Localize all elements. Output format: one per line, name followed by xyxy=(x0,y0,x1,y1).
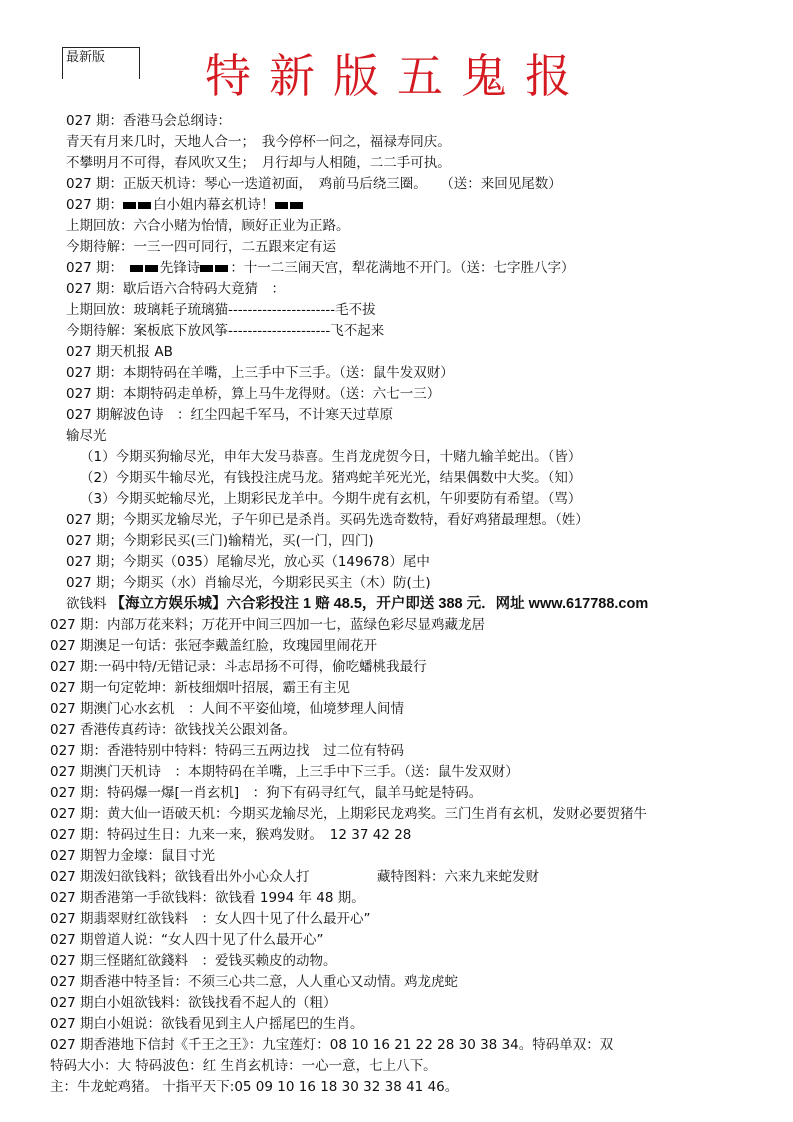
line-text: 027 期三怪賭紅欲錢料 ：爱钱买赖皮的动物。 xyxy=(50,953,337,969)
line-text: 027 期香港第一手欲钱料：欲钱看 1994 年 48 期。 xyxy=(50,890,365,906)
line-text: 027 期澳门天机诗 ：本期特码在羊嘴，上三手中下三手。（送：鼠牛发双财） xyxy=(50,764,519,780)
line-text: 不攀明月不可得，春风吹又生； 月行却与人相随，二二手可执。 xyxy=(66,155,451,171)
text-line: 027 期:一码中特/无错记录：斗志昂扬不可得，偷吃蟠桃我最行 xyxy=(50,658,427,676)
line-text: 027 期:一码中特/无错记录：斗志昂扬不可得，偷吃蟠桃我最行 xyxy=(50,659,427,675)
line-text: 027 期香港地下信封《千王之王》：九宝莲灯：08 10 16 21 22 28… xyxy=(50,1037,613,1053)
line-text: 027 期澳足一句话：张冠李戴盖红脸，玫瑰园里闹花开 xyxy=(50,638,377,654)
text-line: 027 期智力金壕：鼠目寸光 xyxy=(50,847,215,865)
line-text: 027 期：特码爆一爆[一肖玄机] ：狗下有码寻红气，鼠羊马蛇是特码。 xyxy=(50,785,482,801)
text-line: 027 期：香港马会总纲诗： xyxy=(66,112,231,130)
text-line: 不攀明月不可得，春风吹又生； 月行却与人相随，二二手可执。 xyxy=(66,154,451,172)
text-line: 输尽光 xyxy=(66,427,107,445)
text-line: 027 期：香港特别中特料：特码三五两边找 过二位有特码 xyxy=(50,742,404,760)
text-line: 027 期香港第一手欲钱料：欲钱看 1994 年 48 期。 xyxy=(50,889,365,907)
line-text: 027 期翡翠财红欲钱料 ：女人四十见了什么最开心” xyxy=(50,911,371,927)
line-text: 输尽光 xyxy=(66,428,107,444)
line-text: 027 期；今期买（035）尾输尽光，放心买（149678）尾中 xyxy=(66,554,430,570)
line-text: 027 期： xyxy=(66,260,130,276)
line-text: 027 期曾道人说：“女人四十见了什么最开心” xyxy=(50,932,324,948)
text-line: 027 期；今期彩民买(三门)输精光，买(一门，四门) xyxy=(66,532,374,550)
line-text: 先锋诗 xyxy=(160,260,201,276)
double-bar-icon xyxy=(123,196,153,214)
text-line: （2）今期买牛输尽光，有钱投注虎马龙。猪鸡蛇羊死光光，结果偶数中大奖。（知） xyxy=(80,469,581,487)
text-line: 027 期一句定乾坤：新枝细烟叶招展，霸王有主见 xyxy=(50,679,350,697)
version-label: 最新版 xyxy=(66,50,105,65)
text-line: 上期回放：玻璃耗子琉璃猫----------------------毛不拔 xyxy=(66,301,376,319)
line-text: 青天有月来几时，天地人合一； 我今停杯一问之，福禄寿同庆。 xyxy=(66,134,451,150)
line-text: 027 期一句定乾坤：新枝细烟叶招展，霸王有主见 xyxy=(50,680,350,696)
text-line: 今期待解：一三一四可同行，二五跟来定有运 xyxy=(66,238,336,256)
line-text: 027 期解波色诗 ：红尘四起千军马，不计寒天过草原 xyxy=(66,407,393,423)
line-text: 027 期：香港特别中特料：特码三五两边找 过二位有特码 xyxy=(50,743,404,759)
line-text: 今期待解：案板底下放风筝---------------------飞不起来 xyxy=(66,323,384,339)
text-line: 027 期：本期特码走单桥，算上马牛龙得财。（送：六七一三） xyxy=(66,385,440,403)
line-text: （1）今期买狗输尽光，申年大发马恭喜。生肖龙虎贺今日，十赌九输羊蛇出。（皆） xyxy=(80,449,581,465)
line-text: 027 香港传真药诗：欲钱找关公跟刘备。 xyxy=(50,722,296,738)
text-line: 主：牛龙蛇鸡猪。 十指平天下:05 09 10 16 18 30 32 38 4… xyxy=(50,1078,458,1096)
text-line: 027 香港传真药诗：欲钱找关公跟刘备。 xyxy=(50,721,296,739)
text-line: 027 期：特码爆一爆[一肖玄机] ：狗下有码寻红气，鼠羊马蛇是特码。 xyxy=(50,784,482,802)
double-bar-icon xyxy=(200,259,230,277)
text-line: （3）今期买蛇输尽光，上期彩民龙羊中。今期牛虎有玄机，午卯要防有希望。（骂） xyxy=(80,490,581,508)
promo-text: 【海立方娱乐城】六合彩投注 1 赔 48.5，开户即送 388 元．网址 www… xyxy=(107,596,649,612)
text-line: 027 期泼妇欲钱料；欲钱看出外小心众人打 藏特图料：六来九来蛇发财 xyxy=(50,868,539,886)
text-line: 027 期白小姐欲钱料：欲钱找看不起人的（粗） xyxy=(50,994,337,1012)
text-line: 027 期：黄大仙一语破天机：今期买龙输尽光，上期彩民龙鸡奖。三门生肖有玄机，发… xyxy=(50,805,647,823)
double-bar-icon xyxy=(130,259,160,277)
text-line: 027 期；今期买龙输尽光，子午卯已是杀肖。买码先选奇数特，看好鸡猪最理想。（姓… xyxy=(66,511,589,529)
line-text: 上期回放：六合小赌为怡情，顾好正业为正路。 xyxy=(66,218,350,234)
line-text: 027 期智力金壕：鼠目寸光 xyxy=(50,848,215,864)
text-line: 027 期解波色诗 ：红尘四起千军马，不计寒天过草原 xyxy=(66,406,393,424)
text-line: 027 期曾道人说：“女人四十见了什么最开心” xyxy=(50,931,324,949)
line-text: 027 期香港中特圣旨：不须三心共二意，人人重心又动情。鸡龙虎蛇 xyxy=(50,974,458,990)
text-line: 027 期；今期买（水）肖输尽光，今期彩民买主（木）防(土) xyxy=(66,574,431,592)
line-text: 027 期；今期彩民买(三门)输精光，买(一门，四门) xyxy=(66,533,374,549)
line-text: 027 期；今期买龙输尽光，子午卯已是杀肖。买码先选奇数特，看好鸡猪最理想。（姓… xyxy=(66,512,589,528)
line-text: 欲钱料 xyxy=(66,596,107,612)
text-line: 欲钱料 【海立方娱乐城】六合彩投注 1 赔 48.5，开户即送 388 元．网址… xyxy=(66,595,648,613)
line-text: 027 期： xyxy=(66,197,123,213)
text-line: 027 期：歇后语六合特码大竟猜 ： xyxy=(66,280,285,298)
line-text: 027 期：本期特码走单桥，算上马牛龙得财。（送：六七一三） xyxy=(66,386,440,402)
text-line: 027 期：特码过生日：九来一来，猴鸡发财。 12 37 42 28 xyxy=(50,826,411,844)
line-text: 027 期：本期特码在羊嘴，上三手中下三手。（送：鼠牛发双财） xyxy=(66,365,454,381)
text-line: 027 期澳门心水玄机 ：人间不平姿仙境，仙境梦理人间情 xyxy=(50,700,404,718)
line-text: 上期回放：玻璃耗子琉璃猫----------------------毛不拔 xyxy=(66,302,376,318)
text-line: 027 期天机报 AB xyxy=(66,343,173,361)
line-text: 027 期：内部万花来料；万花开中间三四加一七，蓝绿色彩尽显鸡藏龙居 xyxy=(50,617,485,633)
line-text: 027 期白小姐欲钱料：欲钱找看不起人的（粗） xyxy=(50,995,337,1011)
text-line: 上期回放：六合小赌为怡情，顾好正业为正路。 xyxy=(66,217,350,235)
line-text: 027 期：正版天机诗：琴心一迭道初面， 鸡前马后绕三圈。 （送：来回见尾数） xyxy=(66,176,562,192)
text-line: 027 期澳门天机诗 ：本期特码在羊嘴，上三手中下三手。（送：鼠牛发双财） xyxy=(50,763,519,781)
text-line: 027 期澳足一句话：张冠李戴盖红脸，玫瑰园里闹花开 xyxy=(50,637,377,655)
line-text: ：十一二三闹天宫，犁花满地不开门。（送：七字胜八字） xyxy=(230,260,574,276)
text-line: 027 期：正版天机诗：琴心一迭道初面， 鸡前马后绕三圈。 （送：来回见尾数） xyxy=(66,175,562,193)
line-text: （3）今期买蛇输尽光，上期彩民龙羊中。今期牛虎有玄机，午卯要防有希望。（骂） xyxy=(80,491,581,507)
text-line: 027 期；今期买（035）尾输尽光，放心买（149678）尾中 xyxy=(66,553,430,571)
page-title: 特新版五鬼报 xyxy=(205,48,589,104)
text-line: 027 期：白小姐内幕玄机诗！ xyxy=(66,196,305,214)
text-line: 027 期： 先锋诗：十一二三闹天宫，犁花满地不开门。（送：七字胜八字） xyxy=(66,259,575,277)
line-text: 027 期；今期买（水）肖输尽光，今期彩民买主（木）防(土) xyxy=(66,575,431,591)
line-text: 027 期：香港马会总纲诗： xyxy=(66,113,231,129)
text-line: 027 期三怪賭紅欲錢料 ：爱钱买赖皮的动物。 xyxy=(50,952,337,970)
text-line: 027 期白小姐说：欲钱看见到主人户摇尾巴的生肖。 xyxy=(50,1015,364,1033)
line-text: 027 期天机报 AB xyxy=(66,344,173,360)
text-line: 特码大小：大 特码波色：红 生肖玄机诗：一心一意，七上八下。 xyxy=(50,1057,437,1075)
line-text: 027 期：歇后语六合特码大竟猜 ： xyxy=(66,281,285,297)
line-text: 027 期：黄大仙一语破天机：今期买龙输尽光，上期彩民龙鸡奖。三门生肖有玄机，发… xyxy=(50,806,647,822)
version-label-box: 最新版 xyxy=(62,47,140,79)
line-text: 027 期澳门心水玄机 ：人间不平姿仙境，仙境梦理人间情 xyxy=(50,701,404,717)
text-line: （1）今期买狗输尽光，申年大发马恭喜。生肖龙虎贺今日，十赌九输羊蛇出。（皆） xyxy=(80,448,581,466)
text-line: 027 期香港地下信封《千王之王》：九宝莲灯：08 10 16 21 22 28… xyxy=(50,1036,613,1054)
line-text: 特码大小：大 特码波色：红 生肖玄机诗：一心一意，七上八下。 xyxy=(50,1058,437,1074)
text-line: 027 期：本期特码在羊嘴，上三手中下三手。（送：鼠牛发双财） xyxy=(66,364,454,382)
line-text: 今期待解：一三一四可同行，二五跟来定有运 xyxy=(66,239,336,255)
line-text: 主：牛龙蛇鸡猪。 十指平天下:05 09 10 16 18 30 32 38 4… xyxy=(50,1079,458,1095)
text-line: 027 期：内部万花来料；万花开中间三四加一七，蓝绿色彩尽显鸡藏龙居 xyxy=(50,616,485,634)
line-text: 白小姐内幕玄机诗！ xyxy=(153,197,275,213)
line-text: 027 期泼妇欲钱料；欲钱看出外小心众人打 藏特图料：六来九来蛇发财 xyxy=(50,869,539,885)
line-text: （2）今期买牛输尽光，有钱投注虎马龙。猪鸡蛇羊死光光，结果偶数中大奖。（知） xyxy=(80,470,581,486)
text-line: 青天有月来几时，天地人合一； 我今停杯一问之，福禄寿同庆。 xyxy=(66,133,451,151)
text-line: 今期待解：案板底下放风筝---------------------飞不起来 xyxy=(66,322,384,340)
text-line: 027 期香港中特圣旨：不须三心共二意，人人重心又动情。鸡龙虎蛇 xyxy=(50,973,458,991)
double-bar-icon xyxy=(275,196,305,214)
line-text: 027 期：特码过生日：九来一来，猴鸡发财。 12 37 42 28 xyxy=(50,827,411,843)
text-line: 027 期翡翠财红欲钱料 ：女人四十见了什么最开心” xyxy=(50,910,371,928)
line-text: 027 期白小姐说：欲钱看见到主人户摇尾巴的生肖。 xyxy=(50,1016,364,1032)
